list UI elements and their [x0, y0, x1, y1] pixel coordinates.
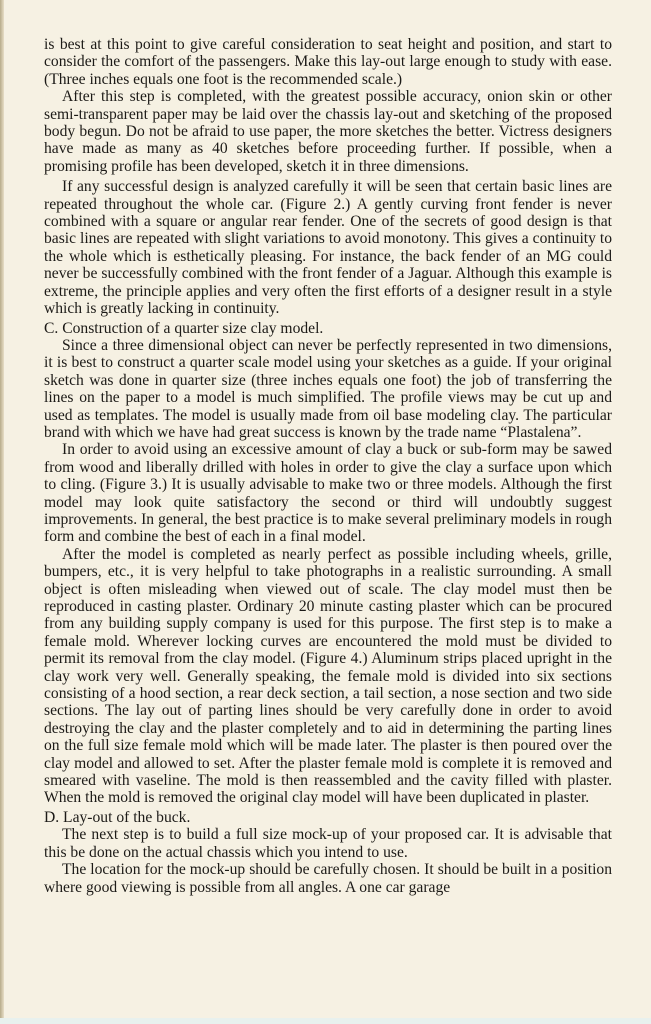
- paragraph-full-size-mockup: The next step is to build a full size mo…: [44, 826, 612, 861]
- paragraph-buck-subform: In order to avoid using an excessive amo…: [44, 441, 612, 545]
- section-heading-d: D. Lay-out of the buck.: [44, 809, 612, 826]
- paragraph-quarter-scale-model: Since a three dimensional object can nev…: [44, 337, 612, 441]
- paragraph-onion-skin-sketching: After this step is completed, with the g…: [44, 88, 612, 175]
- page-bottom-edge: [0, 1018, 651, 1024]
- document-page: is best at this point to give careful co…: [44, 36, 612, 896]
- page-binding-edge: [0, 0, 4, 1024]
- paragraph-mockup-location: The location for the mock-up should be c…: [44, 861, 612, 896]
- paragraph-seat-height: is best at this point to give careful co…: [44, 36, 612, 88]
- paragraph-design-continuity: If any successful design is analyzed car…: [44, 178, 612, 317]
- section-heading-c: C. Construction of a quarter size clay m…: [44, 320, 612, 337]
- paragraph-plaster-mold: After the model is completed as nearly p…: [44, 546, 612, 807]
